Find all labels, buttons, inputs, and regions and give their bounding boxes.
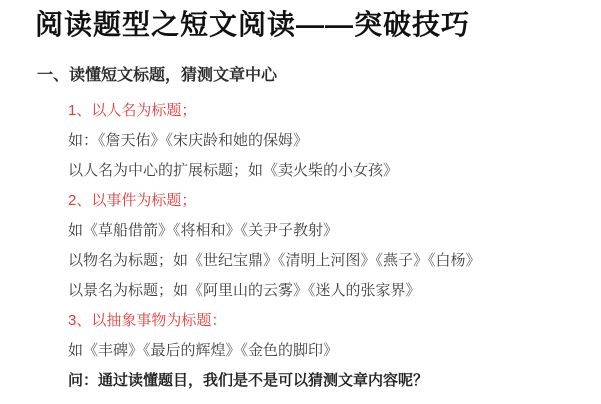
example-line: 以物名为标题；如《世纪宝鼎》《清明上河图》《燕子》《白杨》 (68, 246, 601, 276)
question-line: 问：通过读懂题目，我们是不是可以猜测文章内容呢？ (68, 366, 601, 396)
outline-body: 1、以人名为标题； 如：《詹天佑》《宋庆龄和她的保姆》 以人名为中心的扩展标题；… (68, 96, 601, 396)
example-line: 以景名为标题；如《阿里山的云雾》《迷人的张家界》 (68, 276, 601, 306)
red-subheading-1: 1、以人名为标题； (68, 96, 601, 126)
red-subheading-3: 3、以抽象事物为标题： (68, 306, 601, 336)
section-heading: 一、读懂短文标题，猜测文章中心 (37, 66, 601, 86)
example-line: 以人名为中心的扩展标题；如《卖火柴的小女孩》 (68, 156, 601, 186)
red-subheading-2: 2、以事件为标题； (68, 186, 601, 216)
document-page: 阅读题型之短文阅读——突破技巧 一、读懂短文标题，猜测文章中心 1、以人名为标题… (0, 0, 601, 404)
example-line: 如：《詹天佑》《宋庆龄和她的保姆》 (68, 126, 601, 156)
page-title: 阅读题型之短文阅读——突破技巧 (35, 8, 601, 42)
example-line: 如《草船借箭》《将相和》《关尹子教射》 (68, 216, 601, 246)
example-line: 如《丰碑》《最后的辉煌》《金色的脚印》 (68, 336, 601, 366)
